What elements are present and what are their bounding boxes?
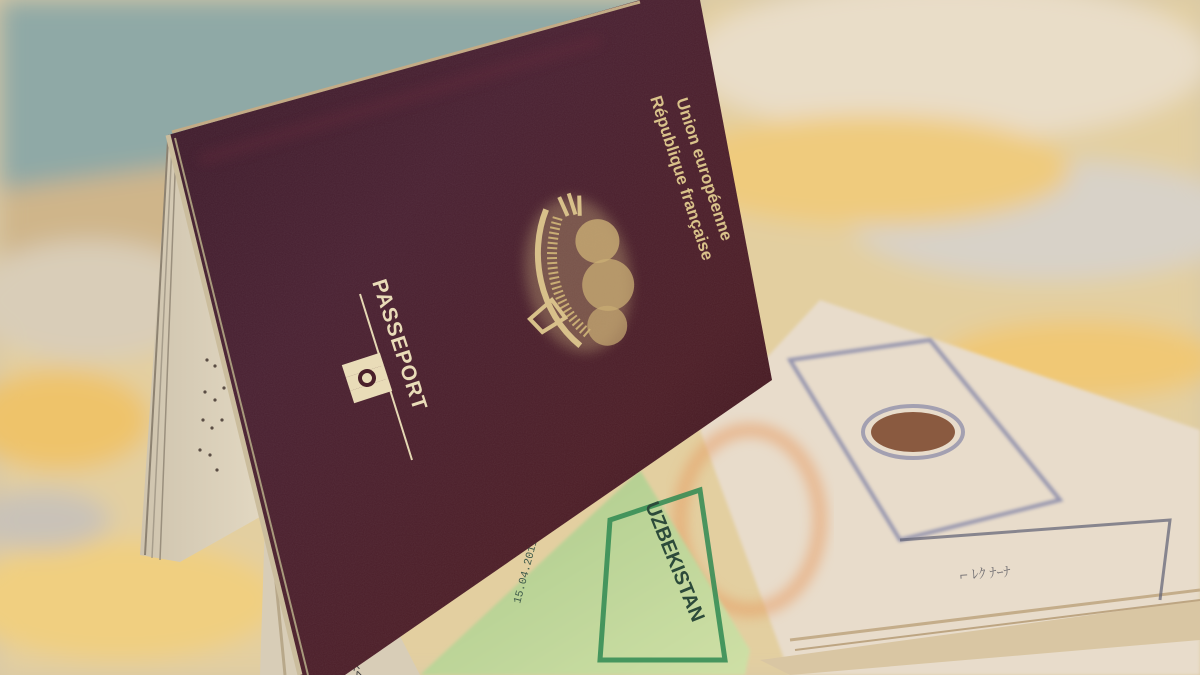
stamp-seal — [871, 412, 955, 452]
passport-photo: ⌐ ﾚｸ ﾅｰﾅ UZBEKISTAN 15.04.2011 <8<< — [0, 0, 1200, 675]
